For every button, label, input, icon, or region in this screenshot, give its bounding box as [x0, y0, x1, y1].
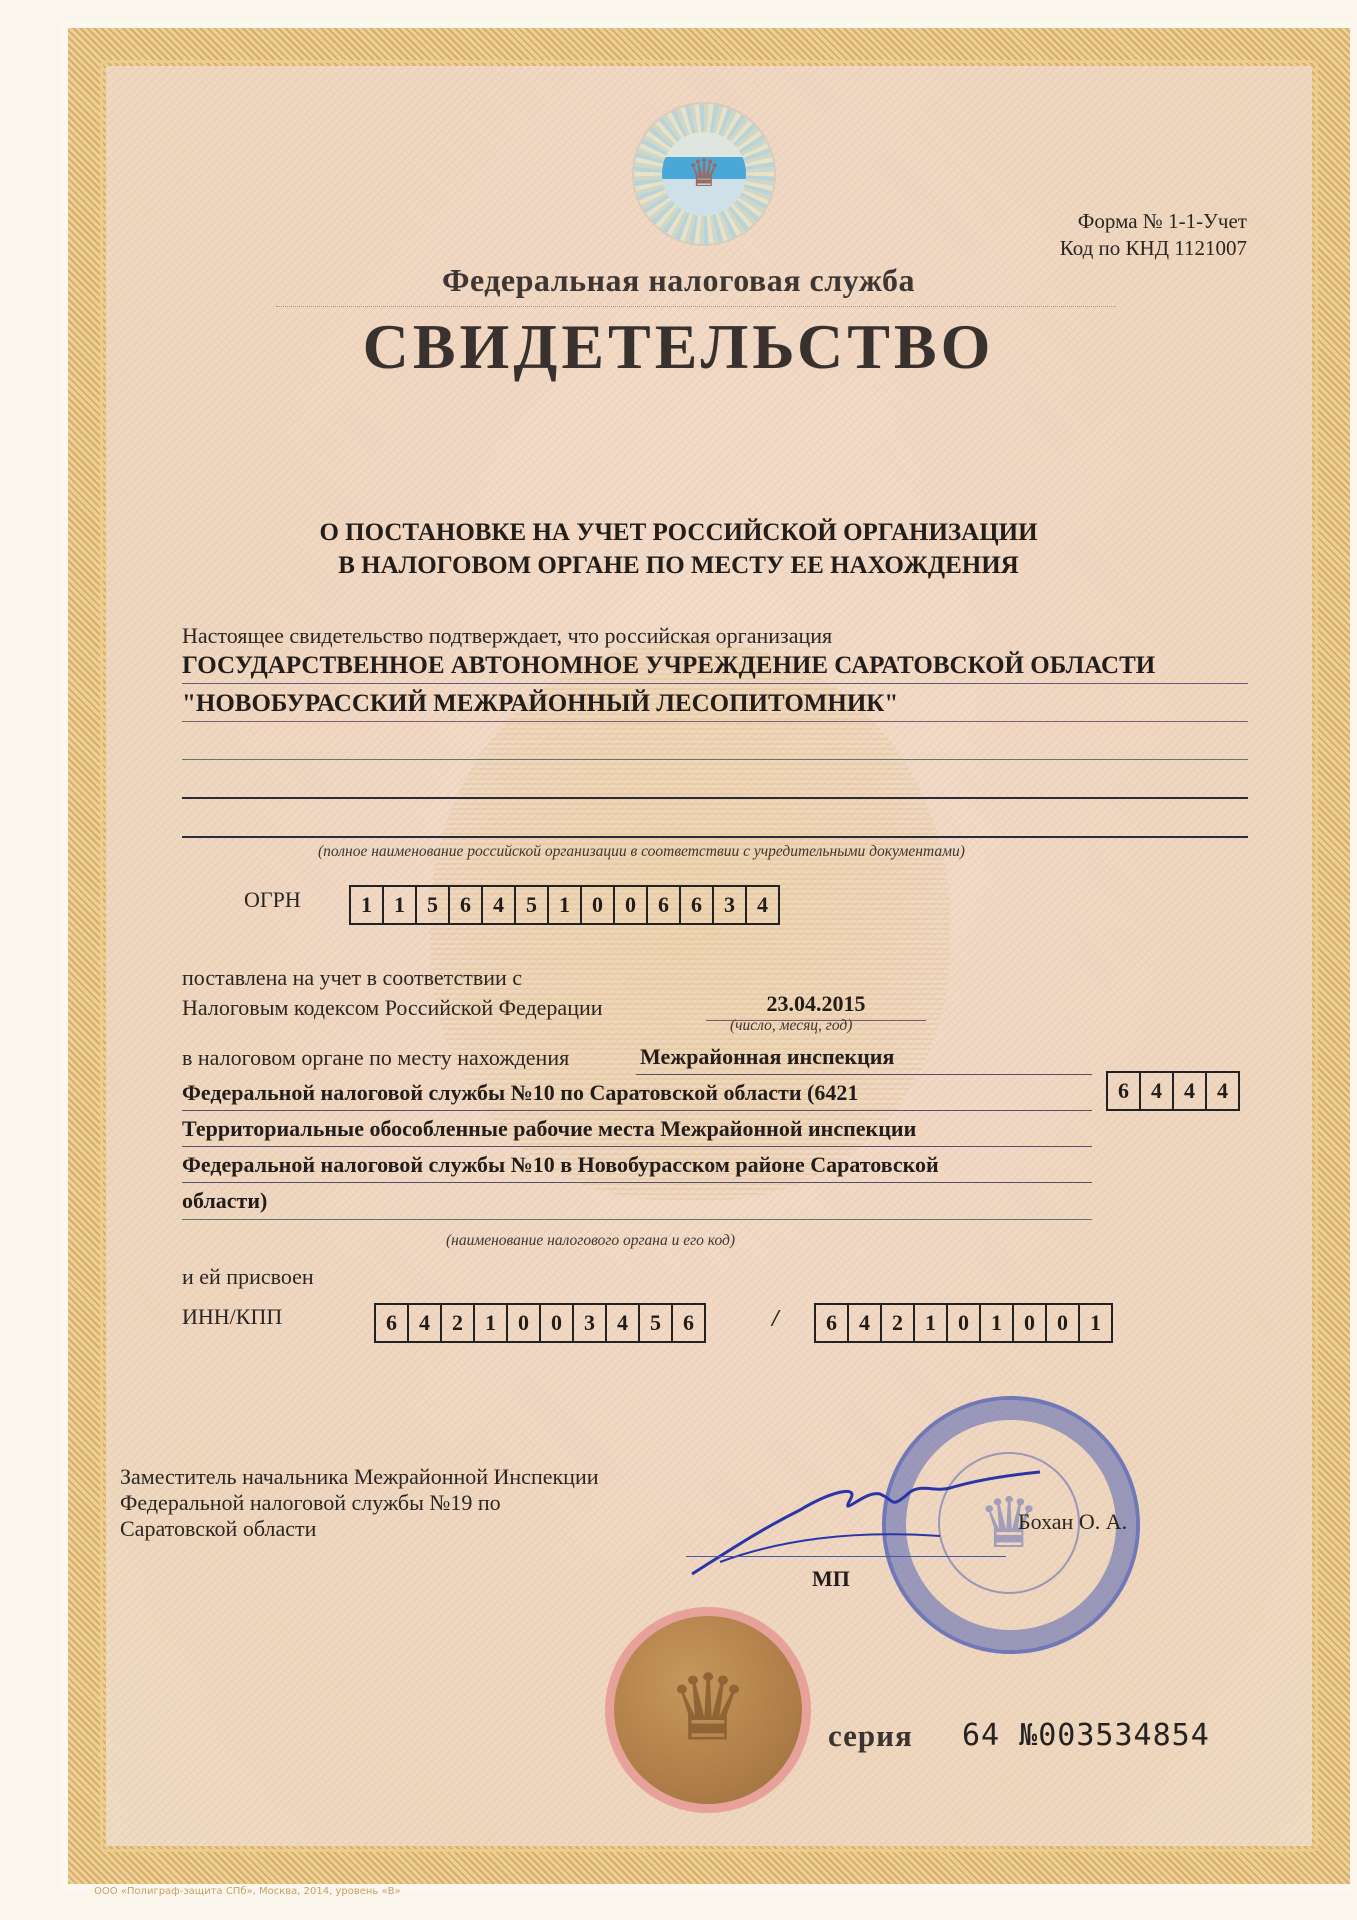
tax-line-1: [636, 1074, 1092, 1075]
seal-eagle-icon: ♛: [667, 1654, 749, 1761]
digit-cell: 1: [1080, 1305, 1113, 1341]
digit-cell: 5: [640, 1305, 673, 1341]
digit-cell: 1: [475, 1305, 508, 1341]
digit-cell: 1: [915, 1305, 948, 1341]
digit-cell: 0: [508, 1305, 541, 1341]
form-info: Форма № 1-1-Учет Код по КНД 1121007: [1060, 208, 1247, 262]
digit-cell: 4: [747, 887, 780, 923]
ogrn-value: 1156451006634: [349, 885, 780, 925]
digit-cell: 0: [582, 887, 615, 923]
digit-cell: 6: [648, 887, 681, 923]
digit-cell: 5: [417, 887, 450, 923]
digit-cell: 0: [615, 887, 648, 923]
digit-cell: 4: [1141, 1073, 1174, 1109]
digit-cell: 6: [1108, 1073, 1141, 1109]
digit-cell: 0: [948, 1305, 981, 1341]
tax-authority-code: 6444: [1106, 1071, 1240, 1111]
digit-cell: 4: [409, 1305, 442, 1341]
registration-date: 23.04.2015: [706, 991, 926, 1017]
tax-line-2: [182, 1110, 1092, 1111]
digit-cell: 1: [549, 887, 582, 923]
tax-authority-name-line-4: Федеральной налоговой службы №10 в Новоб…: [182, 1152, 939, 1178]
tax-authority-lead: в налоговом органе по месту нахождения: [182, 1045, 569, 1071]
digit-cell: 1: [384, 887, 417, 923]
organization-name-line-1: ГОСУДАРСТВЕННОЕ АВТОНОМНОЕ УЧРЕЖДЕНИЕ СА…: [182, 652, 1155, 680]
header-rule: [276, 306, 1116, 307]
digit-cell: 1: [981, 1305, 1014, 1341]
signature-line: [686, 1556, 1006, 1557]
tax-authority-hint: (наименование налогового органа и его ко…: [446, 1232, 735, 1250]
signatory-position: Заместитель начальника Межрайонной Инспе…: [120, 1464, 599, 1542]
digit-cell: 4: [849, 1305, 882, 1341]
tax-authority-name-line-2: Федеральной налоговой службы №10 по Сара…: [182, 1080, 858, 1106]
printer-info: ООО «Полиграф-защита СПб», Москва, 2014,…: [94, 1886, 401, 1897]
serial-number: 64 №003534854: [962, 1718, 1210, 1753]
org-line-3: [182, 759, 1248, 760]
registration-text-line-1: поставлена на учет в соответствии с: [182, 965, 522, 991]
signature-icon: [690, 1470, 1050, 1580]
agency-name: Федеральная налоговая служба: [0, 262, 1357, 299]
digit-cell: 6: [673, 1305, 706, 1341]
mp-label: МП: [812, 1566, 850, 1592]
position-line-2: Федеральной налоговой службы №19 по: [120, 1490, 599, 1516]
document-subtitle: О ПОСТАНОВКЕ НА УЧЕТ РОССИЙСКОЙ ОРГАНИЗА…: [0, 516, 1357, 582]
org-line-4: [182, 797, 1248, 799]
digit-cell: 4: [1174, 1073, 1207, 1109]
tax-authority-name-line-1: Межрайонная инспекция: [640, 1044, 894, 1070]
assigned-text: и ей присвоен: [182, 1264, 314, 1290]
inn-kpp-separator: /: [772, 1306, 779, 1333]
tax-line-4: [182, 1182, 1092, 1183]
digit-cell: 0: [541, 1305, 574, 1341]
gold-seal-icon: ♛: [614, 1616, 802, 1804]
form-number: Форма № 1-1-Учет: [1060, 208, 1247, 235]
signatory-name: Бохан О. А.: [1018, 1509, 1127, 1535]
digit-cell: 4: [607, 1305, 640, 1341]
digit-cell: 0: [1014, 1305, 1047, 1341]
inn-value: 6421003456: [374, 1303, 706, 1343]
kpp-value: 642101001: [814, 1303, 1113, 1343]
organization-lead-text: Настоящее свидетельство подтверждает, чт…: [182, 623, 832, 649]
organization-name-hint: (полное наименование российской организа…: [318, 843, 965, 861]
org-line-1: [182, 683, 1248, 684]
tax-line-5: [182, 1219, 1092, 1220]
registration-text-line-2: Налоговым кодексом Российской Федерации: [182, 995, 603, 1021]
inn-kpp-label: ИНН/КПП: [182, 1304, 282, 1330]
digit-cell: 1: [351, 887, 384, 923]
digit-cell: 0: [1047, 1305, 1080, 1341]
digit-cell: 6: [376, 1305, 409, 1341]
digit-cell: 4: [483, 887, 516, 923]
digit-cell: 2: [442, 1305, 475, 1341]
hologram-eagle-icon: ♛: [634, 104, 774, 244]
digit-cell: 5: [516, 887, 549, 923]
digit-cell: 6: [816, 1305, 849, 1341]
ogrn-label: ОГРН: [244, 887, 301, 913]
organization-name-line-2: "НОВОБУРАССКИЙ МЕЖРАЙОННЫЙ ЛЕСОПИТОМНИК": [182, 690, 898, 718]
digit-cell: 4: [1207, 1073, 1240, 1109]
knd-code: Код по КНД 1121007: [1060, 235, 1247, 262]
serial-label: серия: [828, 1718, 913, 1754]
digit-cell: 3: [574, 1305, 607, 1341]
position-line-1: Заместитель начальника Межрайонной Инспе…: [120, 1464, 599, 1490]
digit-cell: 6: [450, 887, 483, 923]
org-line-5: [182, 836, 1248, 838]
document-title: СВИДЕТЕЛЬСТВО: [0, 310, 1357, 384]
eagle-icon: ♛: [687, 155, 721, 193]
position-line-3: Саратовской области: [120, 1516, 599, 1542]
tax-authority-name-line-3: Территориальные обособленные рабочие мес…: [182, 1116, 916, 1142]
digit-cell: 3: [714, 887, 747, 923]
digit-cell: 2: [882, 1305, 915, 1341]
subtitle-line-1: О ПОСТАНОВКЕ НА УЧЕТ РОССИЙСКОЙ ОРГАНИЗА…: [0, 516, 1357, 549]
tax-line-3: [182, 1146, 1092, 1147]
subtitle-line-2: В НАЛОГОВОМ ОРГАНЕ ПО МЕСТУ ЕЕ НАХОЖДЕНИ…: [0, 549, 1357, 582]
org-line-2: [182, 721, 1248, 722]
tax-authority-name-line-5: области): [182, 1188, 267, 1214]
date-hint: (число, месяц, год): [730, 1017, 852, 1035]
digit-cell: 6: [681, 887, 714, 923]
